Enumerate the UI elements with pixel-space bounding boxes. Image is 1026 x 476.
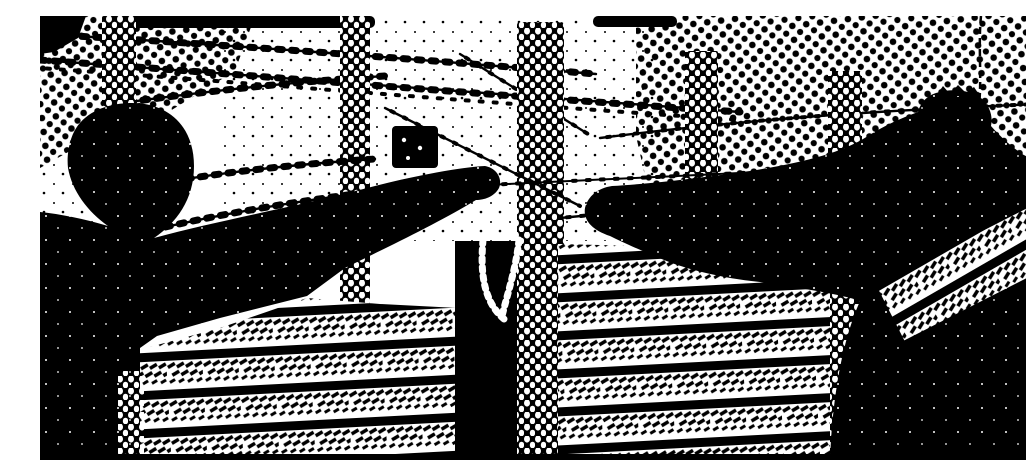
fence-post [102,16,136,116]
bottom-edge-shadow [40,454,1026,460]
halftone-photograph [40,16,1026,460]
photo-canvas [40,16,1026,460]
top-edge-shadow-right [593,16,677,27]
post-shadow-column [455,241,517,460]
post-texture-through-figure [118,371,144,460]
top-edge-shadow-left [130,16,375,28]
fence-post-center [517,22,564,460]
